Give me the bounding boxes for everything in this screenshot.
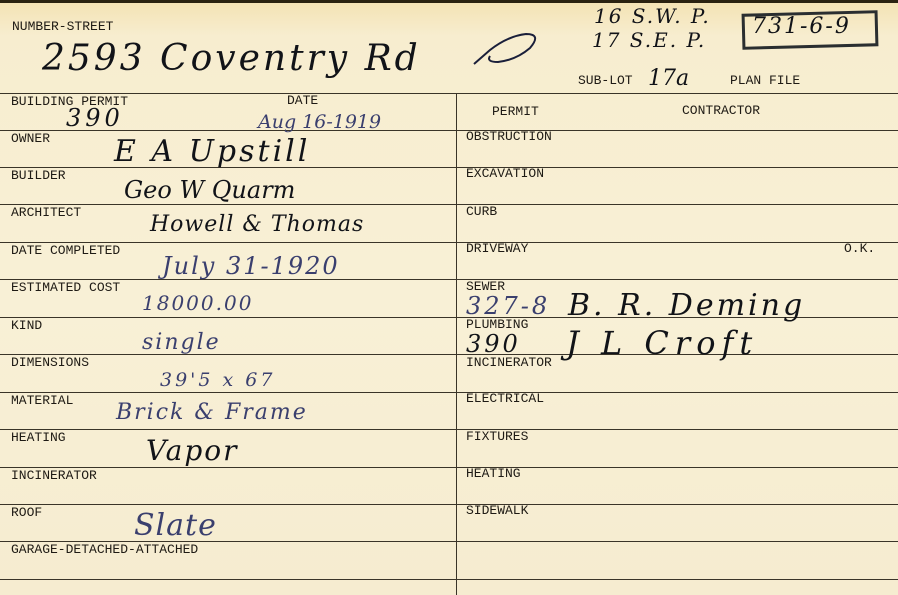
kind-label: KIND <box>11 319 42 333</box>
heating-value: Vapor <box>146 434 239 467</box>
plan-file-label: PLAN FILE <box>730 74 800 88</box>
builder-value: Geo W Quarm <box>124 176 295 204</box>
sub-lot-label: SUB-LOT <box>578 74 633 88</box>
rule <box>0 279 898 280</box>
rule <box>0 93 898 94</box>
electrical-label: ELECTRICAL <box>466 392 544 406</box>
pen-scribble-icon <box>460 28 540 66</box>
column-divider <box>456 93 457 595</box>
number-street-value: 2593 Coventry Rd <box>42 38 421 79</box>
rule <box>0 242 898 243</box>
driveway-note: O.K. <box>844 242 875 256</box>
rule <box>0 579 898 580</box>
material-value: Brick & Frame <box>116 400 308 425</box>
rule <box>0 429 898 430</box>
obstruction-label: OBSTRUCTION <box>466 130 552 144</box>
dimensions-value: 39'5 x 67 <box>160 369 275 391</box>
card-top-edge <box>0 0 898 3</box>
owner-label: OWNER <box>11 132 50 146</box>
sub-lot-value: 17a <box>648 66 689 91</box>
rule <box>0 204 898 205</box>
estimated-cost-label: ESTIMATED COST <box>11 281 120 295</box>
building-record-card: NUMBER-STREET 2593 Coventry Rd 16 S.W. P… <box>0 0 898 595</box>
sewer-contractor: B. R. Deming <box>568 288 805 323</box>
building-permit-value: 390 <box>66 104 124 132</box>
architect-label: ARCHITECT <box>11 206 81 220</box>
garage-label: GARAGE-DETACHED-ATTACHED <box>11 543 198 557</box>
date-value: Aug 16-1919 <box>258 111 381 133</box>
heating-label: HEATING <box>11 431 66 445</box>
permit-column-header: PERMIT <box>492 105 539 119</box>
heating-permit-label: HEATING <box>466 467 521 481</box>
estimated-cost-value: 18000.00 <box>142 291 253 315</box>
dimensions-label: DIMENSIONS <box>11 356 89 370</box>
date-completed-value: July 31-1920 <box>162 252 340 280</box>
material-label: MATERIAL <box>11 394 73 408</box>
rule <box>0 354 898 355</box>
excavation-label: EXCAVATION <box>466 167 544 181</box>
date-completed-label: DATE COMPLETED <box>11 244 120 258</box>
incinerator-permit-label: INCINERATOR <box>466 356 552 370</box>
fixtures-label: FIXTURES <box>466 430 528 444</box>
file-number: 731-6-9 <box>752 14 851 39</box>
curb-label: CURB <box>466 205 497 219</box>
roof-value: Slate <box>134 508 217 543</box>
driveway-label: DRIVEWAY <box>466 242 528 256</box>
rule <box>0 130 898 131</box>
rule <box>0 392 898 393</box>
plumbing-permit: 390 <box>466 330 521 358</box>
architect-value: Howell & Thomas <box>150 212 364 237</box>
kind-value: single <box>142 330 221 355</box>
rule <box>0 467 898 468</box>
roof-label: ROOF <box>11 506 42 520</box>
builder-label: BUILDER <box>11 169 66 183</box>
date-label: DATE <box>287 94 318 108</box>
lot-notes-line2: 17 S.E. P. <box>592 28 706 52</box>
rule <box>0 504 898 505</box>
sidewalk-label: SIDEWALK <box>466 504 528 518</box>
contractor-column-header: CONTRACTOR <box>682 104 760 118</box>
lot-notes-line1: 16 S.W. P. <box>594 4 711 28</box>
sewer-permit: 327-8 <box>466 292 550 320</box>
plumbing-contractor: J L Croft <box>566 324 758 362</box>
incinerator-label: INCINERATOR <box>11 469 97 483</box>
number-street-label: NUMBER-STREET <box>12 20 113 34</box>
owner-value: E A Upstill <box>114 134 310 169</box>
